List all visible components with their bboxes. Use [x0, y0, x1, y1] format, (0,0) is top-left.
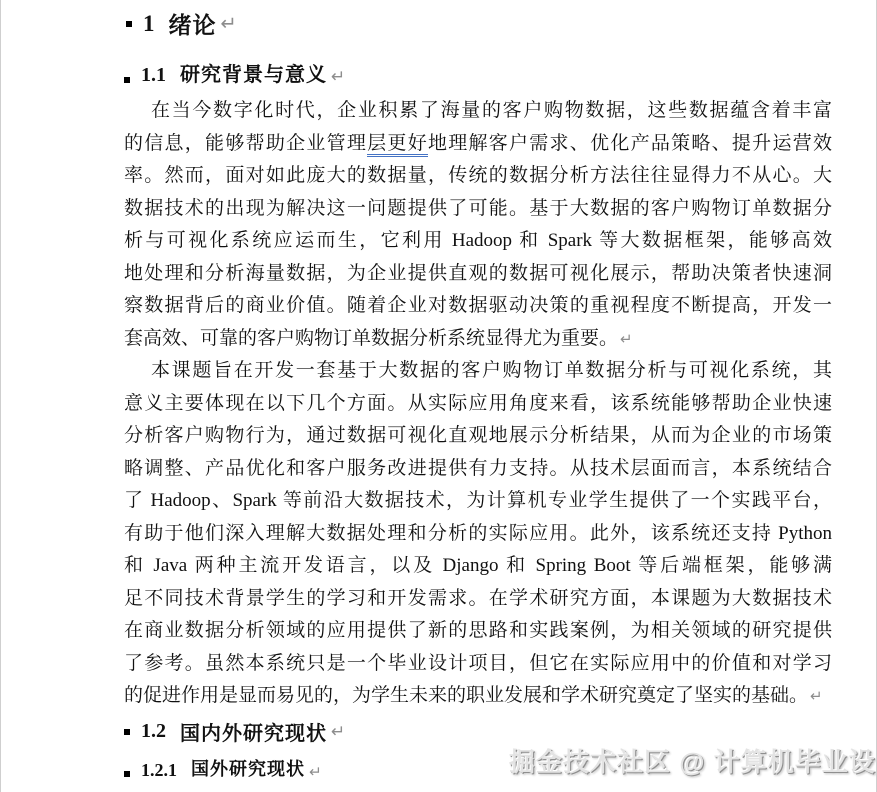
paragraph-mark-icon: ↵ — [309, 763, 322, 781]
body-text-segment: 有助于他们深入理解大数据处理和分析的实际应用。此外，该系统还支持 Python — [124, 523, 832, 544]
body-text-segment: 在商业数据分析领域的应用提供了新的思路和实践案例，为相关领域的研究提供 — [124, 620, 832, 641]
body-text-segment: 地理解客户需求、优化产品策略、提升运营效 — [428, 133, 832, 154]
body-line: 套高效、可靠的客户购物订单数据分析系统显得尤为重要。↵ — [124, 323, 832, 356]
body-line: 的促进作用是显而易见的，为学生未来的职业发展和学术研究奠定了坚实的基础。↵ — [124, 680, 832, 713]
paragraph-mark-icon: ↵ — [810, 687, 823, 705]
body-text-segment: 意义主要体现在以下几个方面。从实际应用角度来看，该系统能够帮助企业快速 — [124, 393, 832, 414]
heading-title: 研究背景与意义 — [180, 58, 327, 87]
body-line: 地处理和分析海量数据，为企业提供直观的数据可视化展示，帮助决策者快速洞 — [124, 258, 832, 291]
watermark: 掘金技术社区 @ 计算机毕业设计小途 — [509, 742, 877, 779]
body-text-segment: 数据技术的出现为解决这一问题提供了可能。基于大数据的客户购物订单数据分 — [124, 198, 832, 219]
body-line: 在当今数字化时代，企业积累了海量的客户购物数据，这些数据蕴含着丰富 — [124, 95, 832, 128]
outline-bullet-icon — [124, 77, 130, 83]
body-text-segment: 套高效、可靠的客户购物订单数据分析系统显得尤为重要。 — [124, 328, 618, 349]
outline-bullet-icon — [124, 729, 130, 735]
heading-section-1-1: 1.1 研究背景与意义 ↵ — [124, 58, 345, 87]
heading-number: 1.2 — [141, 720, 166, 743]
body-line: 析与可视化系统应运而生，它利用 Hadoop 和 Spark 等大数据框架，能够… — [124, 225, 832, 258]
body-text-segment: 察数据背后的商业价值。随着企业对数据驱动决策的重视程度不断提高，开发一 — [124, 295, 832, 316]
body-line: 本课题旨在开发一套基于大数据的客户购物订单数据分析与可视化系统，其 — [124, 355, 832, 388]
body-text-segment: 足不同技术背景学生的学习和开发需求。在学术研究方面，本课题为大数据技术 — [124, 588, 832, 609]
body-text-segment: 本课题旨在开发一套基于大数据的客户购物订单数据分析与可视化系统，其 — [151, 360, 832, 381]
body-line: 在商业数据分析领域的应用提供了新的思路和实践案例，为相关领域的研究提供 — [124, 615, 832, 648]
body-line: 了 Hadoop、Spark 等前沿大数据技术，为计算机专业学生提供了一个实践平… — [124, 485, 832, 518]
body-text-segment: 了 Hadoop、Spark 等前沿大数据技术，为计算机专业学生提供了一个实践平… — [124, 490, 832, 511]
heading-number: 1 — [143, 11, 155, 37]
body-line: 分析客户购物行为，通过数据可视化直观地展示分析结果，从而为企业的市场策 — [124, 420, 832, 453]
outline-bullet-icon — [126, 21, 132, 27]
body-line: 数据技术的出现为解决这一问题提供了可能。基于大数据的客户购物订单数据分 — [124, 193, 832, 226]
body-text-segment: 在当今数字化时代，企业积累了海量的客户购物数据，这些数据蕴含着丰富 — [151, 100, 832, 121]
heading-title: 国内外研究现状 — [180, 717, 327, 746]
body-text-segment: 地处理和分析海量数据，为企业提供直观的数据可视化展示，帮助决策者快速洞 — [124, 263, 832, 284]
heading-title: 绪论 — [169, 7, 217, 40]
body-line: 和 Java 两种主流开发语言，以及 Django 和 Spring Boot … — [124, 550, 832, 583]
body-line: 察数据背后的商业价值。随着企业对数据驱动决策的重视程度不断提高，开发一 — [124, 290, 832, 323]
body-text-segment: 和 Java 两种主流开发语言，以及 Django 和 Spring Boot … — [124, 555, 832, 576]
paragraph-mark-icon: ↵ — [620, 330, 633, 348]
document-page: 1 绪论 ↵ 1.1 研究背景与意义 ↵ 在当今数字化时代，企业积累了海量的客户… — [0, 0, 877, 792]
body-line: 意义主要体现在以下几个方面。从实际应用角度来看，该系统能够帮助企业快速 — [124, 388, 832, 421]
document-body: 在当今数字化时代，企业积累了海量的客户购物数据，这些数据蕴含着丰富的信息，能够帮… — [124, 95, 832, 713]
heading-number: 1.2.1 — [141, 760, 177, 781]
paragraph-mark-icon: ↵ — [331, 722, 345, 742]
body-text-segment: 析与可视化系统应运而生，它利用 Hadoop 和 Spark 等大数据框架，能够… — [124, 230, 832, 251]
body-line: 了参考。虽然本系统只是一个毕业设计项目，但它在实际应用中的价值和对学习 — [124, 648, 832, 681]
heading-number: 1.1 — [141, 64, 166, 87]
paragraph-mark-icon: ↵ — [221, 12, 237, 35]
body-text-segment: 的促进作用是显而易见的，为学生未来的职业发展和学术研究奠定了坚实的基础。 — [124, 685, 808, 706]
paragraph-mark-icon: ↵ — [331, 67, 345, 87]
body-line: 的信息，能够帮助企业管理层更好地理解客户需求、优化产品策略、提升运营效 — [124, 128, 832, 161]
body-text-segment: 分析客户购物行为，通过数据可视化直观地展示分析结果，从而为企业的市场策 — [124, 425, 832, 446]
body-line: 足不同技术背景学生的学习和开发需求。在学术研究方面，本课题为大数据技术 — [124, 583, 832, 616]
heading-title: 国外研究现状 — [191, 755, 305, 781]
heading-section-1-2: 1.2 国内外研究现状 ↵ — [124, 717, 345, 746]
heading-section-1-2-1: 1.2.1 国外研究现状 ↵ — [124, 755, 322, 781]
body-line: 率。然而，面对如此庞大的数据量，传统的数据分析方法往往显得力不从心。大 — [124, 160, 832, 193]
grammar-check-underline: 层更好 — [367, 133, 428, 157]
body-text-segment: 了参考。虽然本系统只是一个毕业设计项目，但它在实际应用中的价值和对学习 — [124, 653, 832, 674]
body-text-segment: 的信息，能够帮助企业管理 — [124, 133, 367, 154]
heading-chapter-1: 1 绪论 ↵ — [126, 7, 237, 40]
body-text-segment: 率。然而，面对如此庞大的数据量，传统的数据分析方法往往显得力不从心。大 — [124, 165, 832, 186]
body-line: 略调整、产品优化和客户服务改进提供有力支持。从技术层面而言，本系统结合 — [124, 453, 832, 486]
outline-bullet-icon — [124, 771, 130, 777]
body-text-segment: 略调整、产品优化和客户服务改进提供有力支持。从技术层面而言，本系统结合 — [124, 458, 832, 479]
body-line: 有助于他们深入理解大数据处理和分析的实际应用。此外，该系统还支持 Python — [124, 518, 832, 551]
